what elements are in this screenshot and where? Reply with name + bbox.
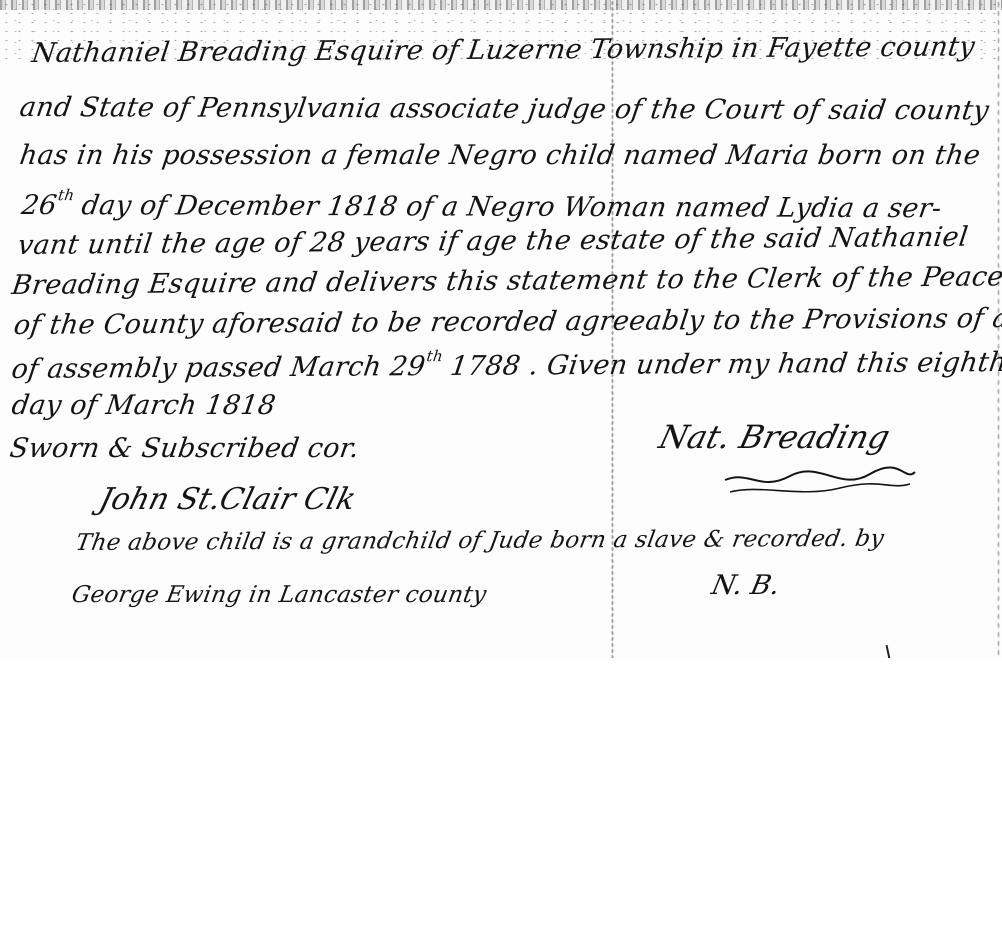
note-line-2: George Ewing in Lancaster county [70,582,489,608]
birth-day: 26 [19,190,58,221]
stray-ink-mark [886,645,891,658]
clerk-signature: John St.Clair Clk [96,482,360,517]
document-line-4: 26th day of December 1818 of a Negro Wom… [19,186,944,224]
document-line-7: of the County aforesaid to be recorded a… [12,303,1002,341]
document-line-1: Nathaniel Breading Esquire of Luzerne To… [30,31,977,69]
judge-signature: Nat. Breading [655,418,893,456]
document-line-6: Breading Esquire and delivers this state… [10,261,1002,301]
document-line-3: has in his possession a female Negro chi… [18,140,983,171]
line-8-text-b: 1788 . Given under my hand this eighth [439,347,1002,382]
document-line-5: vant until the age of 28 years if age th… [16,222,970,261]
line-8-text-a: of assembly passed March 29 [10,351,428,385]
note-line-1: The above child is a grandchild of Jude … [74,526,886,556]
document-line-8: of assembly passed March 29th 1788 . Giv… [10,343,1002,385]
signature-flourish [720,462,920,502]
line-4-text: day of December 1818 of a Negro Woman na… [71,190,944,224]
document-line-9: day of March 1818 [10,390,278,421]
sworn-subscribed-line: Sworn & Subscribed cor. [8,433,361,464]
document-line-2: and State of Pennsylvania associate judg… [18,92,991,126]
scanned-document: Nathaniel Breading Esquire of Luzerne To… [0,0,1002,658]
note-initials: N. B. [709,570,783,601]
